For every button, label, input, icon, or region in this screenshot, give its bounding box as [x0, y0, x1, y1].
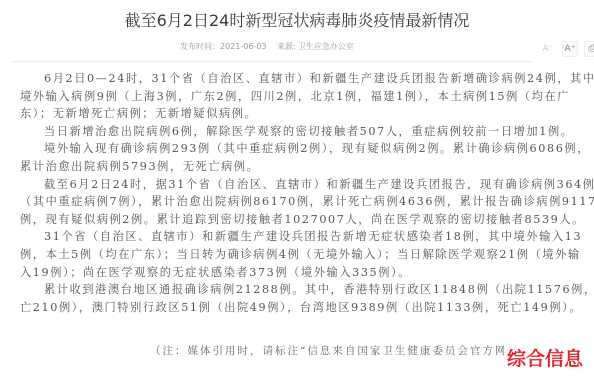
print-icon: ⎙ — [588, 44, 594, 54]
font-increase-icon: A⁺ — [565, 44, 576, 54]
font-decrease-button[interactable]: A⁻ — [540, 41, 556, 57]
source-value: 卫生应急办公室 — [298, 42, 354, 51]
source: 来源:卫生应急办公室 — [277, 42, 354, 51]
body-line: 境外输入病例9例（上海3例，广东2例，四川2例，北京1例，福建1例），本土病例1… — [20, 88, 580, 106]
citation-note: （注：媒体引用时，请标注“信息来自国家卫生健康委员会官方网站”。） — [150, 343, 547, 358]
body-line: 境外输入现有确诊病例293例（其中重症病例2例），现有疑似病例2例。累计确诊病例… — [20, 140, 580, 158]
body-line: 入19例）；尚在医学观察的无症状感染者373例（境外输入335例）。 — [20, 264, 580, 282]
header-divider — [12, 61, 532, 62]
body-line: 亡210例），澳门特别行政区51例（出院49例），台湾地区9389例（出院113… — [20, 299, 580, 317]
body-line: 当日新增治愈出院病例6例，解除医学观察的密切接触者507人，重症病例较前一日增加… — [20, 123, 580, 141]
article-body: 6月2日0—24时，31个省（自治区、直辖市）和新疆生产建设兵团报告新增确诊病例… — [20, 70, 580, 316]
font-increase-button[interactable]: A⁺ — [562, 41, 578, 57]
watermark-logo: 综合信息 — [504, 344, 586, 371]
body-line: 31个省（自治区、直辖市）和新疆生产建设兵团报告新增无症状感染者18例，其中境外… — [20, 228, 580, 246]
body-line: （其中重症病例7例），累计治愈出院病例86170例，累计死亡病例4636例，累计… — [20, 193, 580, 211]
publish-time-value: 2021-06-03 — [220, 42, 267, 51]
source-label: 来源: — [277, 42, 296, 51]
publish-time-label: 发布时间： — [180, 42, 220, 51]
body-line: 累计收到港澳台地区通报确诊病例21288例。其中，香港特别行政区11848例（出… — [20, 281, 580, 299]
body-line: 东）；无新增死亡病例；无新增疑似病例。 — [20, 105, 580, 123]
font-decrease-icon: A⁻ — [543, 44, 554, 54]
body-line: 累计治愈出院病例5793例，无死亡病例。 — [20, 158, 580, 176]
article-meta: 发布时间：2021-06-03 来源:卫生应急办公室 — [180, 41, 362, 52]
body-line: 例，本土5例（均在广东）；当日转为确诊病例4例（无境外输入）；当日解除医学观察2… — [20, 246, 580, 264]
body-line: 例，现有疑似病例2例。累计追踪到密切接触者1027007人，尚在医学观察的密切接… — [20, 211, 580, 229]
article-toolbar: A⁻ A⁺ ⎙ — [540, 41, 594, 57]
print-button[interactable]: ⎙ — [584, 41, 594, 57]
body-line: 截至6月2日24时，据31个省（自治区、直辖市）和新疆生产建设兵团报告，现有确诊… — [20, 176, 580, 194]
body-line: 6月2日0—24时，31个省（自治区、直辖市）和新疆生产建设兵团报告新增确诊病例… — [20, 70, 580, 88]
article-title: 截至6月2日24时新型冠状病毒肺炎疫情最新情况 — [0, 8, 594, 31]
publish-time: 发布时间：2021-06-03 — [180, 42, 267, 51]
